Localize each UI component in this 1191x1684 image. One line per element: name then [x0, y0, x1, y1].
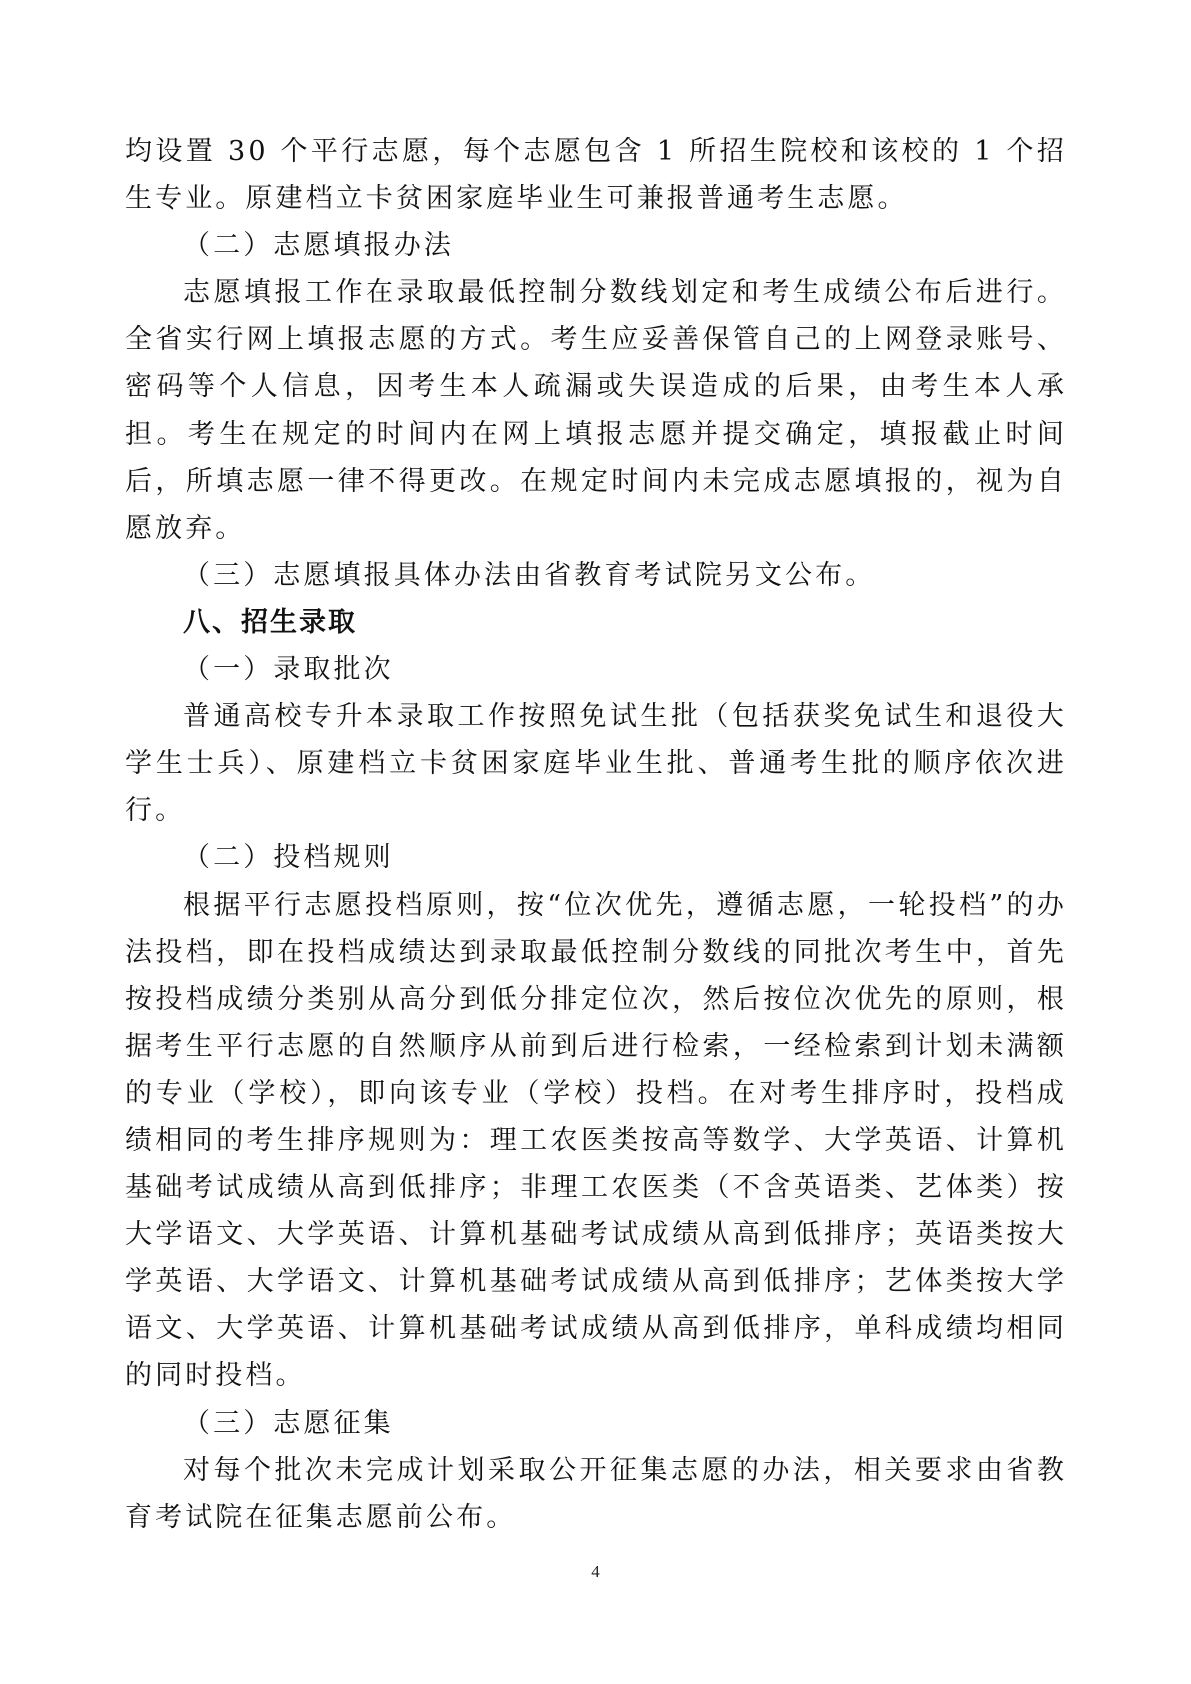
paragraph-filing-rules: 根据平行志愿投档原则，按“位次优先，遵循志愿，一轮投档”的办法投档，即在投档成绩…: [125, 882, 1067, 1400]
section-heading-admission: 八、招生录取: [125, 599, 1067, 646]
subheading-volunteer-collection: （三）志愿征集: [125, 1400, 1067, 1447]
subheading-filing-rules: （二）投档规则: [125, 834, 1067, 881]
paragraph-volunteer-collection: 对每个批次未完成计划采取公开征集志愿的办法，相关要求由省教育考试院在征集志愿前公…: [125, 1447, 1067, 1541]
document-page: 均设置 30 个平行志愿，每个志愿包含 1 所招生院校和该校的 1 个招生专业。…: [125, 128, 1067, 1541]
paragraph-filling-method: 志愿填报工作在录取最低控制分数线划定和考生成绩公布后进行。全省实行网上填报志愿的…: [125, 269, 1067, 552]
paragraph-admission-batches: 普通高校专升本录取工作按照免试生批（包括获奖免试生和退役大学生士兵）、原建档立卡…: [125, 693, 1067, 834]
subheading-specific-method: （三）志愿填报具体办法由省教育考试院另文公布。: [125, 552, 1067, 599]
page-number: 4: [0, 1562, 1191, 1582]
subheading-filling-method: （二）志愿填报办法: [125, 222, 1067, 269]
subheading-admission-batches: （一）录取批次: [125, 646, 1067, 693]
paragraph-volunteer-count: 均设置 30 个平行志愿，每个志愿包含 1 所招生院校和该校的 1 个招生专业。…: [125, 128, 1067, 222]
